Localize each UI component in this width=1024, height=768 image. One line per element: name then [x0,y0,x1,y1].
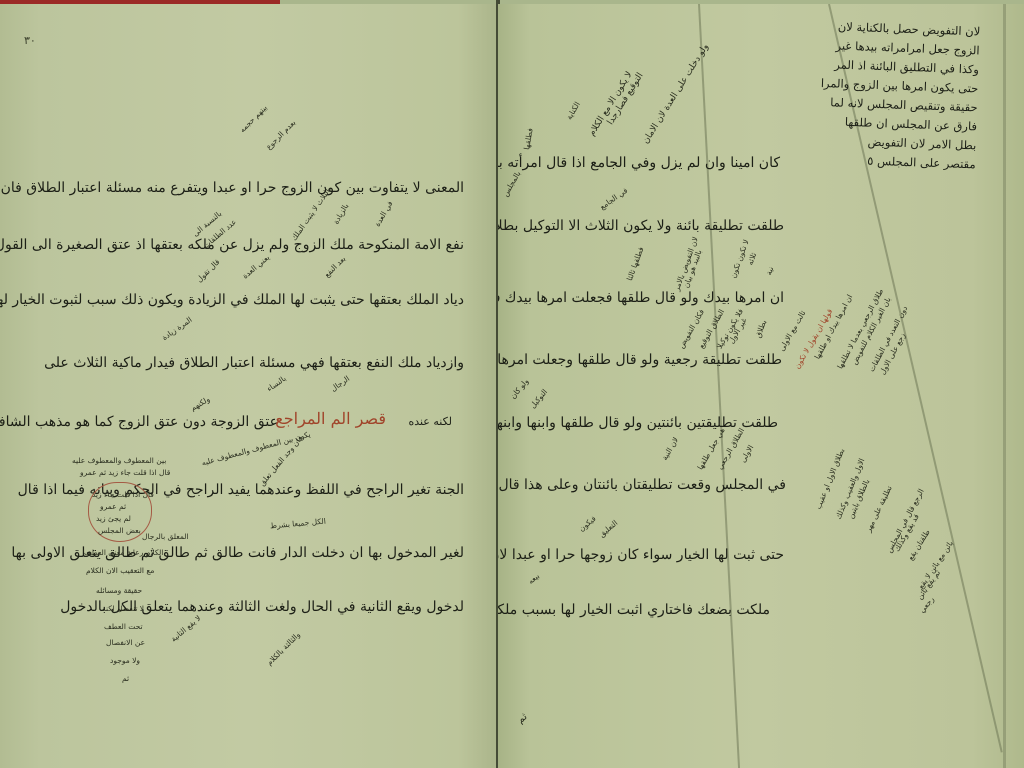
margin-gloss: ولا موجود [110,656,140,666]
margin-gloss: ثم [122,674,129,684]
main-line: المعنى لا يتفاوت بين كون الزوج حرا او عب… [1,179,464,197]
gloss: فطلقها [522,127,536,150]
main-line: كان امينا وان لم يزل وفي الجامع اذا قال … [498,154,780,172]
gloss: بالزيادة [331,202,351,226]
margin-gloss: لا تنفصل لكنه [102,604,144,614]
gloss: قال تقول [195,257,223,285]
main-line: ان امرها بيدك ولو قال طلقها فجعلت امرها … [498,289,784,307]
right-page: كان امينا وان لم يزل وفي الجامع اذا قال … [498,4,1024,768]
gloss: التعليق [597,518,620,539]
gloss: التوكيل [528,387,550,410]
margin-gloss: مع التعقيب الان الكلام [86,566,154,576]
gloss: بطلاق [753,319,769,340]
main-line: في المجلس وقعت تطليقتان بائنتان وعلى هذا… [498,476,786,494]
gloss: في العدة [373,199,396,228]
page-number: ٣٠ [24,34,36,47]
gloss: المرة زيادة [160,315,194,343]
gloss: بالنساء [265,374,288,394]
rubric: قصر الم المراجع [275,410,386,428]
circled-gloss-line: قال اذا قلت جاء زيد [92,490,154,500]
margin-gloss: تحت العطف [104,622,143,632]
main-line: نفع الامة المنكوحة ملك الزوج ولم يزل عن … [0,236,464,254]
gloss: نية [764,265,776,276]
main-line: دياد الملك بعتقها حتى يثبت لها الملك في … [0,291,464,309]
page-edge [1003,4,1006,768]
margin-gloss: قال اذا قلت جاء زيد ثم عمرو [80,468,170,478]
gloss: الكناية [564,100,582,122]
gloss: الرجال [329,374,352,394]
gloss: لا يقع الثانية [169,614,203,645]
gloss: بالمجلس [501,169,524,198]
main-line: طلقت تطليقة رجعية ولو قال طلقها وجعلت ام… [498,351,782,369]
gloss: ولو كان [508,377,531,401]
gloss: ثم [516,712,530,726]
rubric-note: لكنه عنده [408,413,452,431]
main-line: الجنة تغير الراجح في اللفظ وعندهما يفيد … [18,481,464,499]
main-line: عتق الزوجة دون عتق الزوج كما هو مذهب الش… [0,413,278,431]
gloss: ثلاثه [745,251,759,266]
gloss: بعد النفع [322,254,348,280]
main-line: طلقت تطليقة بائنة ولا يكون الثلاث الا ال… [498,217,784,235]
margin-gloss: تطليقة على مهر [864,484,895,534]
gloss: الكل جميعا بشرط [270,517,327,532]
gloss: بيعه [526,571,542,586]
gloss: بعدم الرجوع [264,118,298,152]
gloss: يعني العدة [241,253,272,282]
main-line: لغير المدخول بها ان دخلت الدار فانت طالق… [11,544,464,562]
circled-gloss-line: لم يجئ زيد [96,514,131,524]
main-line: وازدياد ملك النفع بعتقها فهي مسئلة اعتبا… [44,354,464,372]
side-note: لان التفويض حصل بالكناية لان الزوج جعل ا… [835,18,980,175]
circled-gloss-line: ثم عمرو [100,502,126,512]
gloss: لان النية [660,436,681,463]
left-page: ٣٠ المعنى لا يتفاوت بين كون الزوج حرا او… [0,4,498,768]
gloss: ولو دخلت على العدة لان الامان [641,42,711,146]
main-line: ملكت بضعك فاختاري اثبت الخيار لها بسبب م… [498,601,770,619]
margin-gloss: بين المعطوف والمعطوف عليه [72,456,166,466]
gloss: الاولى [738,443,756,464]
main-line: حتى ثبت لها الخيار سواء كان زوجها حرا او… [498,546,784,564]
margin-gloss: المعلق بالرجال [142,532,189,542]
margin-gloss: حقيقة ومسائله [96,586,142,596]
gloss: في الجامع [598,186,630,212]
gloss: فيكون [577,514,598,534]
gloss: والثالثة بالكلام [265,630,303,668]
manuscript-spread: ٣٠ المعنى لا يتفاوت بين كون الزوج حرا او… [0,0,1024,768]
gloss: ولكنهم [189,394,212,413]
circled-gloss-line: بعض المجلس [98,526,141,536]
paper-crease [698,4,740,768]
margin-gloss: الكلام رعاية معنى العطف [84,548,163,558]
gloss: فطلقها ثالثا [625,246,646,283]
gloss: بيتهم حجمه [238,103,270,135]
side-note-line: مقتصر على المجلس ٥ [835,151,976,175]
margin-gloss: عن الانفصال [106,638,145,648]
